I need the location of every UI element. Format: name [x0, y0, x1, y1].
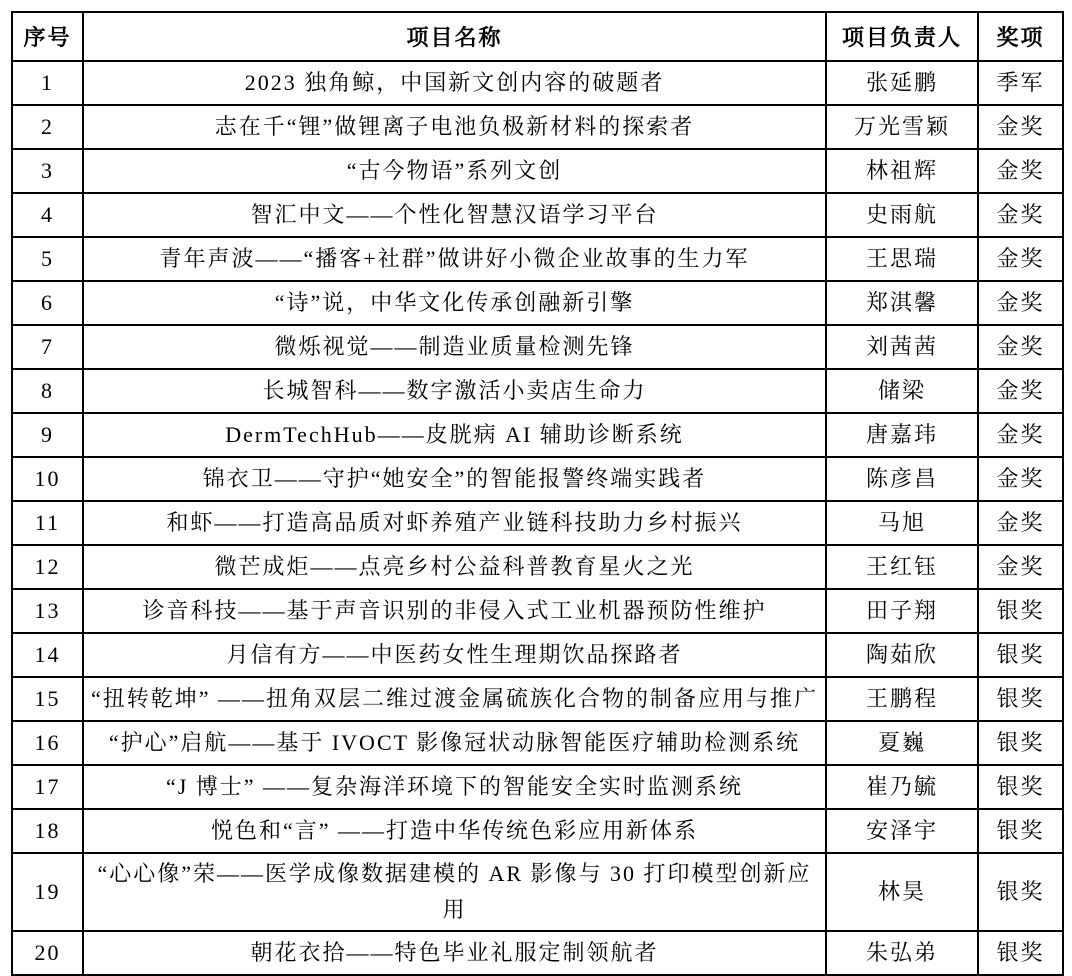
table-row: 4智汇中文——个性化智慧汉语学习平台史雨航金奖: [12, 193, 1063, 237]
cell-name: 月信有方——中医药女性生理期饮品探路者: [83, 633, 826, 677]
cell-award: 银奖: [978, 677, 1063, 721]
col-header-index: 序号: [12, 12, 83, 61]
cell-index: 10: [12, 457, 83, 501]
cell-leader: 张延鹏: [826, 61, 978, 105]
table-row: 3“古今物语”系列文创林祖辉金奖: [12, 149, 1063, 193]
table-row: 2志在千“锂”做锂离子电池负极新材料的探索者万光雪颖金奖: [12, 105, 1063, 149]
table-row: 17“J 博士” ——复杂海洋环境下的智能安全实时监测系统崔乃毓银奖: [12, 765, 1063, 809]
cell-award: 银奖: [978, 765, 1063, 809]
cell-index: 2: [12, 105, 83, 149]
table-header: 序号 项目名称 项目负责人 奖项: [12, 12, 1063, 61]
cell-award: 金奖: [978, 237, 1063, 281]
cell-award: 银奖: [978, 721, 1063, 765]
cell-leader: 陈彦昌: [826, 457, 978, 501]
table-row: 11和虾——打造高品质对虾养殖产业链科技助力乡村振兴马旭金奖: [12, 501, 1063, 545]
cell-index: 16: [12, 721, 83, 765]
table-row: 9DermTechHub——皮胱病 AI 辅助诊断系统唐嘉玮金奖: [12, 413, 1063, 457]
cell-award: 金奖: [978, 457, 1063, 501]
cell-name: 志在千“锂”做锂离子电池负极新材料的探索者: [83, 105, 826, 149]
cell-name: 智汇中文——个性化智慧汉语学习平台: [83, 193, 826, 237]
cell-name: “诗”说，中华文化传承创融新引擎: [83, 281, 826, 325]
table-row: 10锦衣卫——守护“她安全”的智能报警终端实践者陈彦昌金奖: [12, 457, 1063, 501]
cell-leader: 刘茜茜: [826, 325, 978, 369]
cell-leader: 夏巍: [826, 721, 978, 765]
document-page: 序号 项目名称 项目负责人 奖项 12023 独角鲸，中国新文创内容的破题者张延…: [0, 0, 1072, 965]
cell-name: “扭转乾坤” ——扭角双层二维过渡金属硫族化合物的制备应用与推广: [83, 677, 826, 721]
cell-leader: 崔乃毓: [826, 765, 978, 809]
cell-index: 7: [12, 325, 83, 369]
cell-name: 朝花衣拾——特色毕业礼服定制领航者: [83, 931, 826, 975]
cell-leader: 史雨航: [826, 193, 978, 237]
cell-award: 银奖: [978, 853, 1063, 931]
cell-name: 诊音科技——基于声音识别的非侵入式工业机器预防性维护: [83, 589, 826, 633]
col-header-award: 奖项: [978, 12, 1063, 61]
cell-award: 金奖: [978, 413, 1063, 457]
cell-leader: 林祖辉: [826, 149, 978, 193]
table-row: 19“心心像”荣——医学成像数据建模的 AR 影像与 30 打印模型创新应用林昊…: [12, 853, 1063, 931]
cell-award: 银奖: [978, 589, 1063, 633]
cell-award: 金奖: [978, 545, 1063, 589]
table-row: 12023 独角鲸，中国新文创内容的破题者张延鹏季军: [12, 61, 1063, 105]
cell-award: 金奖: [978, 369, 1063, 413]
cell-name: 青年声波——“播客+社群”做讲好小微企业故事的生力军: [83, 237, 826, 281]
table-row: 13诊音科技——基于声音识别的非侵入式工业机器预防性维护田子翔银奖: [12, 589, 1063, 633]
table-row: 15“扭转乾坤” ——扭角双层二维过渡金属硫族化合物的制备应用与推广王鹏程银奖: [12, 677, 1063, 721]
cell-leader: 唐嘉玮: [826, 413, 978, 457]
cell-name: 长城智科——数字激活小卖店生命力: [83, 369, 826, 413]
cell-leader: 王思瑞: [826, 237, 978, 281]
table-row: 8长城智科——数字激活小卖店生命力储梁金奖: [12, 369, 1063, 413]
cell-name: 锦衣卫——守护“她安全”的智能报警终端实践者: [83, 457, 826, 501]
cell-award: 银奖: [978, 633, 1063, 677]
cell-name: DermTechHub——皮胱病 AI 辅助诊断系统: [83, 413, 826, 457]
cell-award: 金奖: [978, 281, 1063, 325]
table-row: 7微烁视觉——制造业质量检测先锋刘茜茜金奖: [12, 325, 1063, 369]
cell-name: “护心”启航——基于 IVOCT 影像冠状动脉智能医疗辅助检测系统: [83, 721, 826, 765]
cell-leader: 王红钰: [826, 545, 978, 589]
cell-leader: 王鹏程: [826, 677, 978, 721]
cell-leader: 朱弘弟: [826, 931, 978, 975]
cell-award: 银奖: [978, 809, 1063, 853]
cell-award: 金奖: [978, 501, 1063, 545]
cell-name: 和虾——打造高品质对虾养殖产业链科技助力乡村振兴: [83, 501, 826, 545]
col-header-name: 项目名称: [83, 12, 826, 61]
cell-index: 17: [12, 765, 83, 809]
table-row: 18悦色和“言” ——打造中华传统色彩应用新体系安泽宇银奖: [12, 809, 1063, 853]
cell-name: 微烁视觉——制造业质量检测先锋: [83, 325, 826, 369]
cell-name: “古今物语”系列文创: [83, 149, 826, 193]
col-header-leader: 项目负责人: [826, 12, 978, 61]
cell-award: 金奖: [978, 325, 1063, 369]
cell-award: 金奖: [978, 105, 1063, 149]
table-row: 14月信有方——中医药女性生理期饮品探路者陶茹欣银奖: [12, 633, 1063, 677]
cell-name: 微芒成炬——点亮乡村公益科普教育星火之光: [83, 545, 826, 589]
cell-leader: 安泽宇: [826, 809, 978, 853]
cell-award: 季军: [978, 61, 1063, 105]
cell-leader: 万光雪颖: [826, 105, 978, 149]
table-row: 6“诗”说，中华文化传承创融新引擎郑淇馨金奖: [12, 281, 1063, 325]
cell-name: “J 博士” ——复杂海洋环境下的智能安全实时监测系统: [83, 765, 826, 809]
table-row: 12微芒成炬——点亮乡村公益科普教育星火之光王红钰金奖: [12, 545, 1063, 589]
cell-name: 悦色和“言” ——打造中华传统色彩应用新体系: [83, 809, 826, 853]
cell-index: 6: [12, 281, 83, 325]
cell-index: 1: [12, 61, 83, 105]
cell-award: 金奖: [978, 149, 1063, 193]
cell-leader: 郑淇馨: [826, 281, 978, 325]
cell-index: 13: [12, 589, 83, 633]
cell-index: 12: [12, 545, 83, 589]
cell-award: 金奖: [978, 193, 1063, 237]
table-row: 16“护心”启航——基于 IVOCT 影像冠状动脉智能医疗辅助检测系统夏巍银奖: [12, 721, 1063, 765]
header-row: 序号 项目名称 项目负责人 奖项: [12, 12, 1063, 61]
cell-award: 银奖: [978, 931, 1063, 975]
cell-index: 15: [12, 677, 83, 721]
cell-index: 8: [12, 369, 83, 413]
cell-index: 4: [12, 193, 83, 237]
cell-leader: 林昊: [826, 853, 978, 931]
cell-leader: 储梁: [826, 369, 978, 413]
cell-name: 2023 独角鲸，中国新文创内容的破题者: [83, 61, 826, 105]
cell-index: 9: [12, 413, 83, 457]
award-project-table: 序号 项目名称 项目负责人 奖项 12023 独角鲸，中国新文创内容的破题者张延…: [11, 11, 1064, 976]
cell-index: 18: [12, 809, 83, 853]
cell-leader: 马旭: [826, 501, 978, 545]
cell-index: 19: [12, 853, 83, 931]
table-row: 5青年声波——“播客+社群”做讲好小微企业故事的生力军王思瑞金奖: [12, 237, 1063, 281]
cell-index: 14: [12, 633, 83, 677]
table-body: 12023 独角鲸，中国新文创内容的破题者张延鹏季军2志在千“锂”做锂离子电池负…: [12, 61, 1063, 975]
cell-name: “心心像”荣——医学成像数据建模的 AR 影像与 30 打印模型创新应用: [83, 853, 826, 931]
cell-index: 20: [12, 931, 83, 975]
cell-leader: 陶茹欣: [826, 633, 978, 677]
table-row: 20朝花衣拾——特色毕业礼服定制领航者朱弘弟银奖: [12, 931, 1063, 975]
cell-index: 5: [12, 237, 83, 281]
cell-index: 11: [12, 501, 83, 545]
cell-index: 3: [12, 149, 83, 193]
cell-leader: 田子翔: [826, 589, 978, 633]
